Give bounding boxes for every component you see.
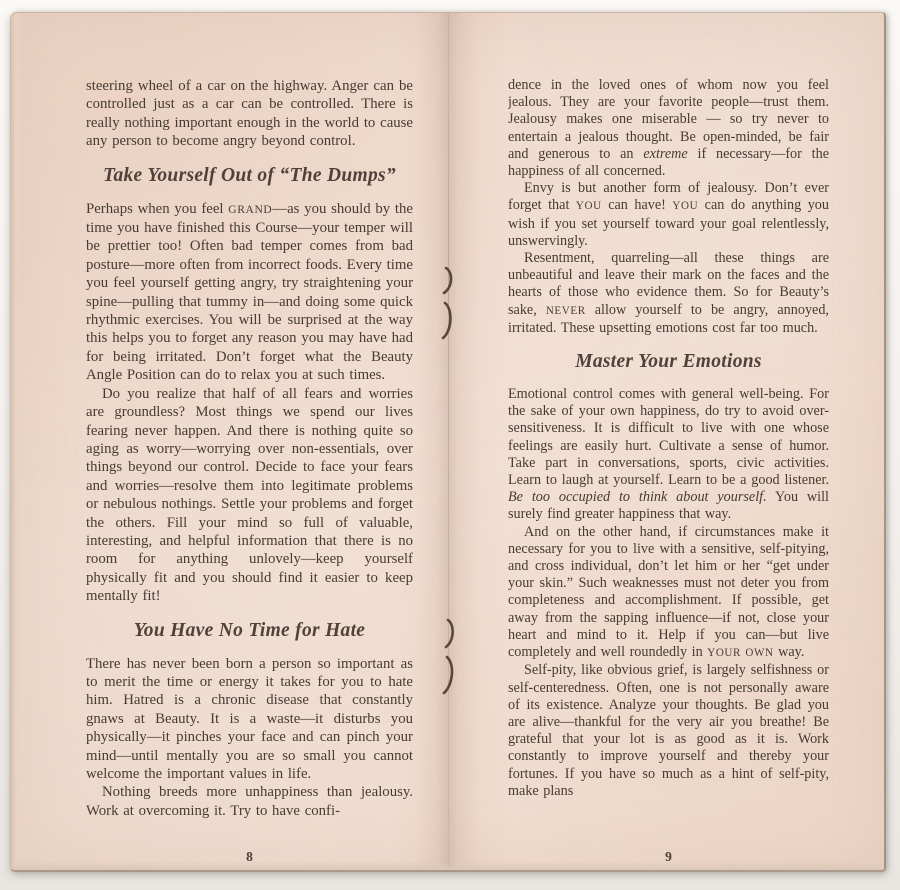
paragraph: There has never been born a person so im… <box>86 655 413 784</box>
page-number-left: 8 <box>86 849 413 865</box>
staple-bottom <box>439 617 457 699</box>
section-heading: Master Your Emotions <box>508 350 829 374</box>
heading-highlight: Master Your Emotions <box>567 350 770 374</box>
paragraph: Self-pity, like obvious grief, is largel… <box>508 662 829 800</box>
center-fold <box>416 13 480 870</box>
paragraph: Do you realize that half of all fears an… <box>86 385 413 606</box>
paragraph: Perhaps when you feel GRAND—as you shoul… <box>86 200 413 385</box>
section-heading: You Have No Time for Hate <box>86 619 413 643</box>
paragraph: dence in the loved ones of whom now you … <box>508 77 829 180</box>
paragraph: Envy is but another form of jealousy. Do… <box>508 180 829 250</box>
paragraph: And on the other hand, if circumstances … <box>508 524 829 663</box>
page-9-text: dence in the loved ones of whom now you … <box>508 77 829 841</box>
scan-background: steering wheel of a car on the highway. … <box>0 0 900 890</box>
staple-top <box>438 265 456 345</box>
page-8-text: steering wheel of a car on the highway. … <box>86 77 413 841</box>
paragraph: Nothing breeds more unhappiness than jea… <box>86 783 413 820</box>
page-number-right: 9 <box>508 849 829 865</box>
paragraph: steering wheel of a car on the highway. … <box>86 77 413 151</box>
heading-highlight: You Have No Time for Hate <box>126 619 374 643</box>
booklet-spread: steering wheel of a car on the highway. … <box>10 12 886 872</box>
paragraph: Emotional control comes with general wel… <box>508 386 829 524</box>
section-heading: Take Yourself Out of “The Dumps” <box>86 164 413 188</box>
heading-highlight: Take Yourself Out of “The Dumps” <box>95 164 404 188</box>
fold-crease <box>448 13 449 870</box>
paragraph: Resentment, quarreling—all these things … <box>508 250 829 337</box>
